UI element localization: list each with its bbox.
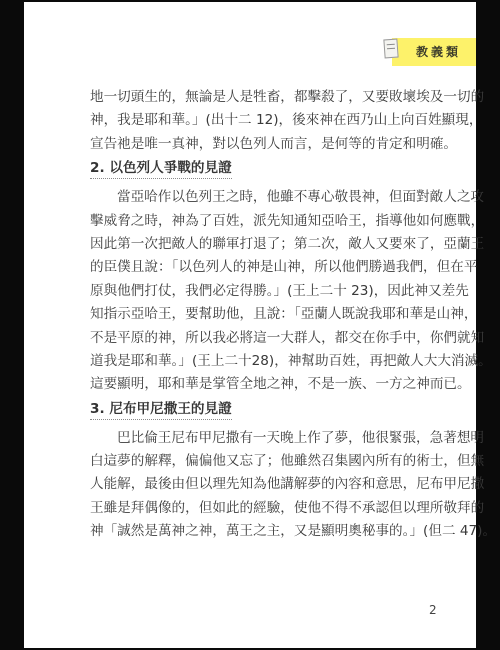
paragraph-line: 神，我是耶和華。」(出十二 12)，後來神在西乃山上向百姓顯現， <box>90 109 416 132</box>
paragraph-line: 人能解，最後由但以理先知為他講解夢的內容和意思，尼布甲尼撒 <box>90 473 416 496</box>
holy-bible-book-icon <box>383 39 398 59</box>
paragraph-line: 當亞哈作以色列王之時，他雖不專心敬畏神，但面對敵人之攻 <box>90 186 416 209</box>
section-heading-2: 2. 以色列人爭戰的見證 <box>90 159 232 179</box>
page-number: 2 <box>429 603 437 617</box>
paragraph-line: 知指示亞哈王，要幫助他，且說：「亞蘭人既說我耶和華是山神， <box>90 303 416 326</box>
paragraph-line: 因此第一次把敵人的聯軍打退了；第二次，敵人又要來了，亞蘭王 <box>90 233 416 256</box>
paragraph-line: 白這夢的解釋，偏偏他又忘了；他雖然召集國內所有的術士，但無 <box>90 450 416 473</box>
section-heading-row: 3. 尼布甲尼撒王的見證 <box>90 397 416 427</box>
body-text: 地一切頭生的，無論是人是牲畜，都擊殺了，又要敗壞埃及一切的 神，我是耶和華。」(… <box>90 86 416 544</box>
section-heading-3: 3. 尼布甲尼撒王的見證 <box>90 400 232 420</box>
paragraph-line: 的臣僕且說：「以色列人的神是山神，所以他們勝過我們，但在平 <box>90 256 416 279</box>
paragraph-line: 不是平原的神，所以我必將這一大群人，都交在你手中，你們就知 <box>90 327 416 350</box>
paragraph-line: 地一切頭生的，無論是人是牲畜，都擊殺了，又要敗壞埃及一切的 <box>90 86 416 109</box>
category-label: 教義類 <box>416 44 461 60</box>
category-banner: 教義類 <box>392 38 476 66</box>
paragraph-line: 王雖是拜偶像的，但如此的經驗，使他不得不承認但以理所敬拜的 <box>90 497 416 520</box>
paragraph-line: 這要顯明，耶和華是掌管全地之神，不是一族、一方之神而已。 <box>90 373 416 396</box>
paragraph-line: 原與他們打仗，我們必定得勝。」(王上二十 23)，因此神又差先 <box>90 280 416 303</box>
paragraph-line: 道我是耶和華。」(王上二十28)，神幫助百姓，再把敵人大大消滅。 <box>90 350 416 373</box>
paragraph-line: 宣告祂是唯一真神，對以色列人而言，是何等的肯定和明確。 <box>90 133 416 156</box>
paragraph-line: 神「誠然是萬神之神，萬王之主，又是顯明奧秘事的。」(但二 47)。 <box>90 520 416 543</box>
section-heading-row: 2. 以色列人爭戰的見證 <box>90 156 416 186</box>
paragraph-line: 巴比倫王尼布甲尼撒有一天晚上作了夢，他很緊張，急著想明 <box>90 427 416 450</box>
paragraph-line: 擊威脅之時，神為了百姓，派先知通知亞哈王，指導他如何應戰， <box>90 210 416 233</box>
document-page: 教義類 地一切頭生的，無論是人是牲畜，都擊殺了，又要敗壞埃及一切的 神，我是耶和… <box>24 2 476 648</box>
